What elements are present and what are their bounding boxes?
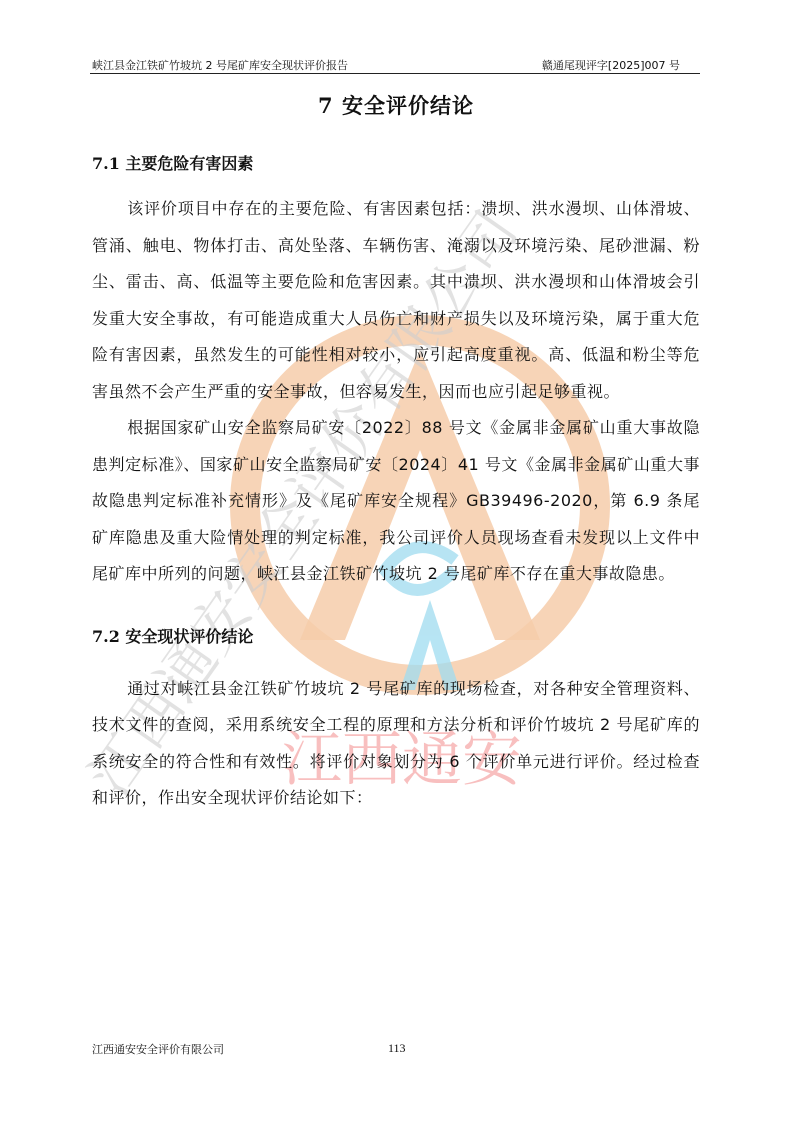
paragraph: 该评价项目中存在的主要危险、有害因素包括：溃坝、洪水漫坝、山体滑坡、管涌、触电、… — [92, 191, 700, 410]
document-body: 7 安全评价结论 7.1 主要危险有害因素 该评价项目中存在的主要危险、有害因素… — [92, 88, 700, 817]
header-divider — [90, 73, 700, 74]
page-title: 7 安全评价结论 — [92, 88, 700, 124]
footer-company: 江西通安安全评价有限公司 — [92, 1041, 224, 1057]
page-number: 113 — [388, 1041, 406, 1056]
report-title: 峡江县金江铁矿竹坡坑 2 号尾矿库安全现状评价报告 — [92, 57, 348, 73]
section-heading-7-2: 7.2 安全现状评价结论 — [92, 625, 700, 649]
report-number: 赣通尾现评字[2025]007 号 — [542, 57, 680, 73]
paragraph: 通过对峡江县金江铁矿竹坡坑 2 号尾矿库的现场检查，对各种安全管理资料、技术文件… — [92, 671, 700, 817]
page-footer: 江西通安安全评价有限公司 113 — [92, 1041, 700, 1057]
section-heading-7-1: 7.1 主要危险有害因素 — [92, 152, 700, 176]
paragraph: 根据国家矿山安全监察局矿安〔2022〕88 号文《金属非金属矿山重大事故隐患判定… — [92, 410, 700, 593]
page-header: 峡江县金江铁矿竹坡坑 2 号尾矿库安全现状评价报告 赣通尾现评字[2025]00… — [92, 57, 700, 73]
